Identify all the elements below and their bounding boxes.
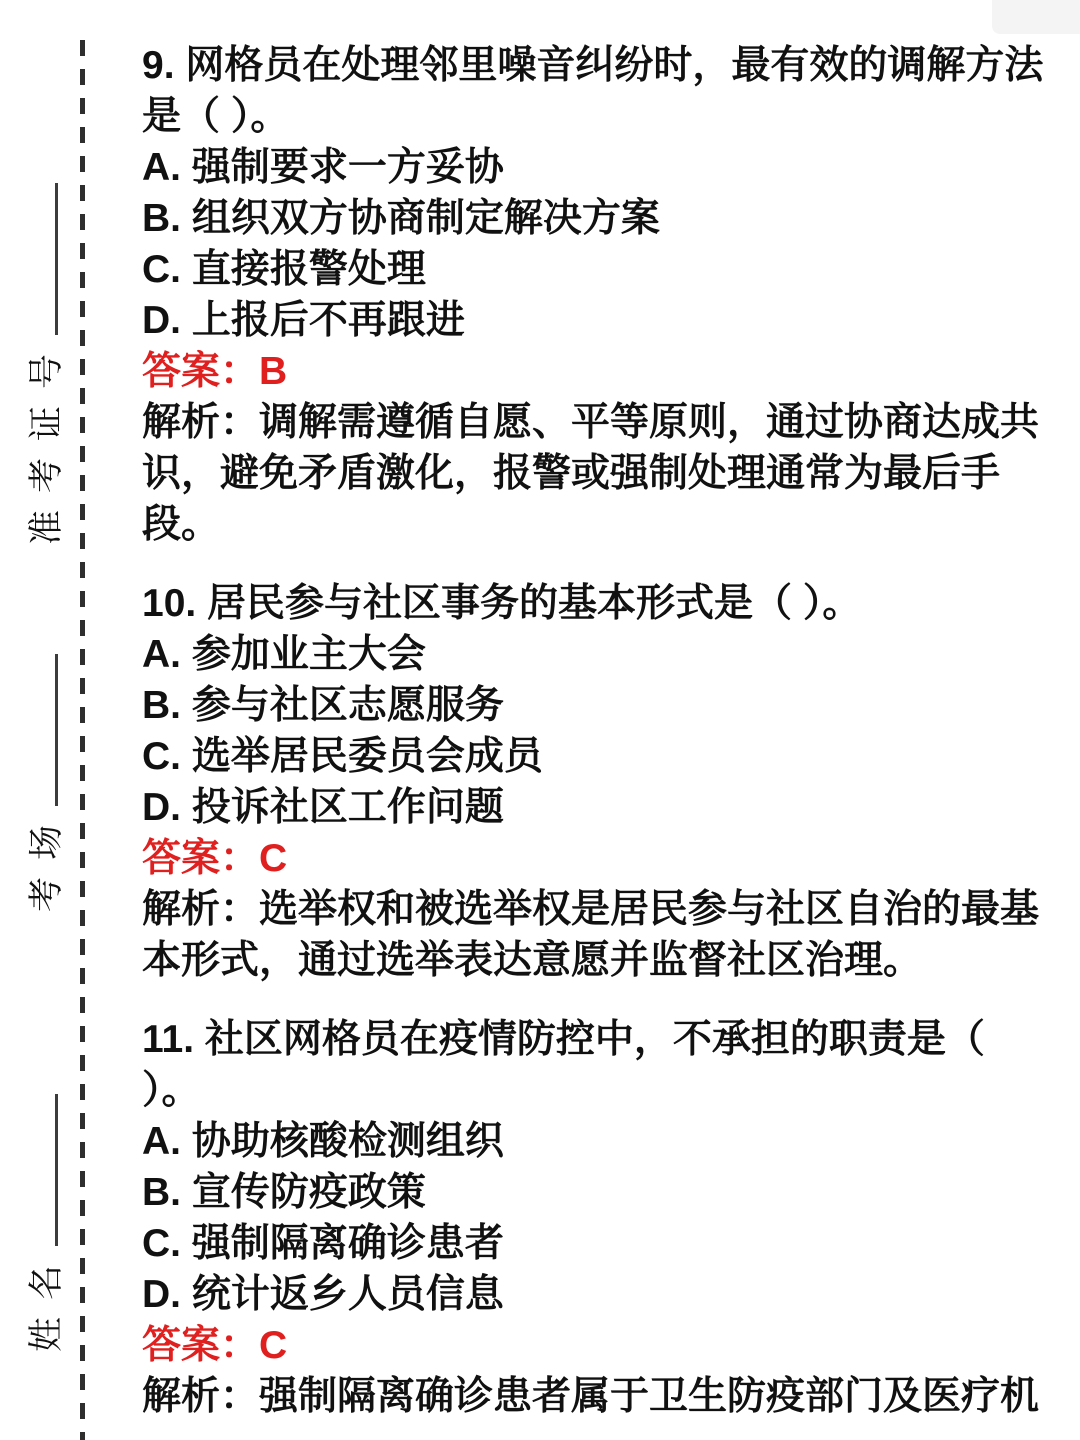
explanation: 解析：调解需遵循自愿、平等原则，通过协商达成共 识，避免矛盾激化，报警或强制处理… bbox=[142, 397, 1080, 550]
question-stem: 11. 社区网格员在疫情防控中，不承担的职责是（ ）。 bbox=[142, 1014, 1080, 1116]
explanation: 解析：选举权和被选举权是居民参与社区自治的最基 本形式，通过选举表达意愿并监督社… bbox=[142, 884, 1080, 986]
question-9: 9. 网格员在处理邻里噪音纠纷时，最有效的调解方法 是（ ）。 A. 强制要求一… bbox=[142, 40, 1080, 550]
answer-line: 答案：C bbox=[142, 833, 1080, 884]
seal-dashed-line bbox=[80, 40, 85, 1440]
question-stem: 10. 居民参与社区事务的基本形式是（ ）。 bbox=[142, 578, 1080, 629]
option-c: C. 直接报警处理 bbox=[142, 244, 1080, 295]
option-b: B. 参与社区志愿服务 bbox=[142, 680, 1080, 731]
field-label: 姓名 bbox=[27, 1248, 66, 1352]
scan-smudge bbox=[992, 0, 1080, 34]
exam-page: 准考证号 考场 姓名 9. 网格员在处理邻里噪音纠纷时，最有效的调解方法 是（ … bbox=[0, 0, 1080, 1440]
answer-line: 答案：B bbox=[142, 346, 1080, 397]
option-b: B. 宣传防疫政策 bbox=[142, 1167, 1080, 1218]
option-c: C. 强制隔离确诊患者 bbox=[142, 1218, 1080, 1269]
option-d: D. 上报后不再跟进 bbox=[142, 295, 1080, 346]
field-label: 准考证号 bbox=[27, 337, 66, 545]
fill-in-line bbox=[47, 1094, 58, 1246]
option-a: A. 强制要求一方妥协 bbox=[142, 142, 1080, 193]
option-a: A. 参加业主大会 bbox=[142, 629, 1080, 680]
question-11: 11. 社区网格员在疫情防控中，不承担的职责是（ ）。 A. 协助核酸检测组织 … bbox=[142, 1014, 1080, 1422]
option-d: D. 统计返乡人员信息 bbox=[142, 1269, 1080, 1320]
field-name: 姓名 bbox=[24, 1094, 70, 1352]
fill-in-line bbox=[47, 654, 58, 806]
question-stem: 9. 网格员在处理邻里噪音纠纷时，最有效的调解方法 是（ ）。 bbox=[142, 40, 1080, 142]
fill-in-line bbox=[47, 183, 58, 335]
option-a: A. 协助核酸检测组织 bbox=[142, 1116, 1080, 1167]
field-exam-room: 考场 bbox=[24, 654, 70, 912]
answer-line: 答案：C bbox=[142, 1320, 1080, 1371]
field-admission-ticket-number: 准考证号 bbox=[24, 183, 70, 545]
field-label: 考场 bbox=[27, 808, 66, 912]
question-10: 10. 居民参与社区事务的基本形式是（ ）。 A. 参加业主大会 B. 参与社区… bbox=[142, 578, 1080, 986]
questions-area: 9. 网格员在处理邻里噪音纠纷时，最有效的调解方法 是（ ）。 A. 强制要求一… bbox=[142, 40, 1080, 1422]
option-b: B. 组织双方协商制定解决方案 bbox=[142, 193, 1080, 244]
option-c: C. 选举居民委员会成员 bbox=[142, 731, 1080, 782]
option-d: D. 投诉社区工作问题 bbox=[142, 782, 1080, 833]
explanation: 解析：强制隔离确诊患者属于卫生防疫部门及医疗机 bbox=[142, 1371, 1080, 1422]
